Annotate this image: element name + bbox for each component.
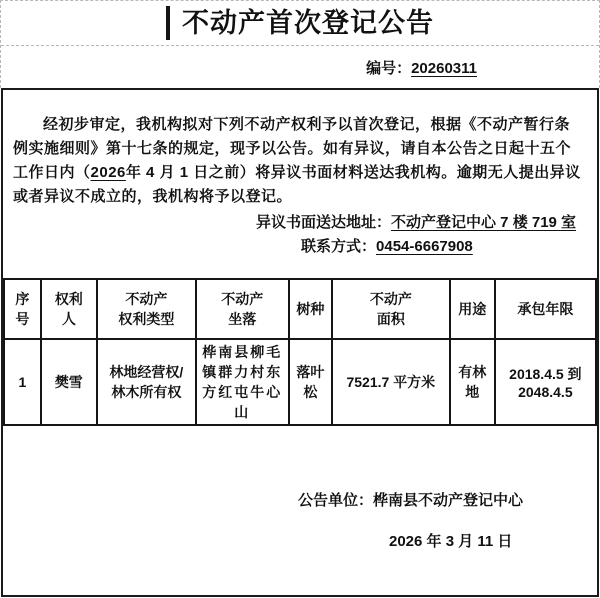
- serial-label: 编号：: [366, 60, 411, 77]
- header-usage: 用途: [450, 279, 495, 339]
- objection-address-label: 异议书面送达地址：: [256, 214, 391, 231]
- cell-usage: 有林 地: [450, 339, 495, 425]
- contact-value: 0454-6667908: [376, 238, 473, 255]
- page-title: 不动产首次登记公告: [166, 6, 434, 40]
- header-area: 不动产 面积: [332, 279, 450, 339]
- document-header: 不动产首次登记公告 编号：20260311: [0, 0, 600, 88]
- table-row: 1 樊雪 林地经营权/ 林木所有权 桦南县柳毛 镇群力村东 方红屯牛心 山 落叶…: [4, 339, 596, 425]
- cell-right-holder: 樊雪: [41, 339, 97, 425]
- contact-line: 联系方式：0454-6667908: [3, 235, 597, 259]
- serial-value: 20260311: [411, 60, 477, 77]
- announcement-document: 不动产首次登记公告 编号：20260311 经初步审定，我机构拟对下列不动产权利…: [0, 0, 600, 598]
- cell-right-type: 林地经营权/ 林木所有权: [97, 339, 196, 425]
- objection-address-value: 不动产登记中心 7 楼 719 室: [391, 214, 576, 231]
- announcement-body: 经初步审定，我机构拟对下列不动产权利予以首次登记，根据《不动产暂行条例实施细则》…: [1, 88, 599, 597]
- header-contract-term: 承包年限: [495, 279, 596, 339]
- cell-tree-species: 落叶 松: [289, 339, 332, 425]
- objection-address-line: 异议书面送达地址：不动产登记中心 7 楼 719 室: [3, 211, 597, 235]
- registration-table: 序 号 权利 人 不动产 权利类型 不动产 坐落 树种 不动产 面积 用途 承包…: [3, 278, 597, 426]
- table-header-row: 序 号 权利 人 不动产 权利类型 不动产 坐落 树种 不动产 面积 用途 承包…: [4, 279, 596, 339]
- issuer-line: 公告单位：桦南县不动产登记中心: [3, 490, 597, 512]
- header-right-type: 不动产 权利类型: [97, 279, 196, 339]
- serial-number-row: 编号：20260311: [1, 46, 599, 88]
- cell-serial-no: 1: [4, 339, 41, 425]
- cell-location: 桦南县柳毛 镇群力村东 方红屯牛心 山: [196, 339, 289, 425]
- header-serial-no: 序 号: [4, 279, 41, 339]
- header-right-holder: 权利 人: [41, 279, 97, 339]
- notice-underlined-year: 2026: [91, 164, 126, 181]
- header-location: 不动产 坐落: [196, 279, 289, 339]
- title-row: 不动产首次登记公告: [1, 1, 599, 46]
- header-tree-species: 树种: [289, 279, 332, 339]
- cell-area: 7521.7 平方米: [332, 339, 450, 425]
- notice-paragraph: 经初步审定，我机构拟对下列不动产权利予以首次登记，根据《不动产暂行条例实施细则》…: [13, 113, 583, 209]
- announcement-date: 2026 年 3 月 11 日: [3, 531, 597, 553]
- cell-contract-term: 2018.4.5 到 2048.4.5: [495, 339, 596, 425]
- contact-label: 联系方式：: [301, 238, 376, 255]
